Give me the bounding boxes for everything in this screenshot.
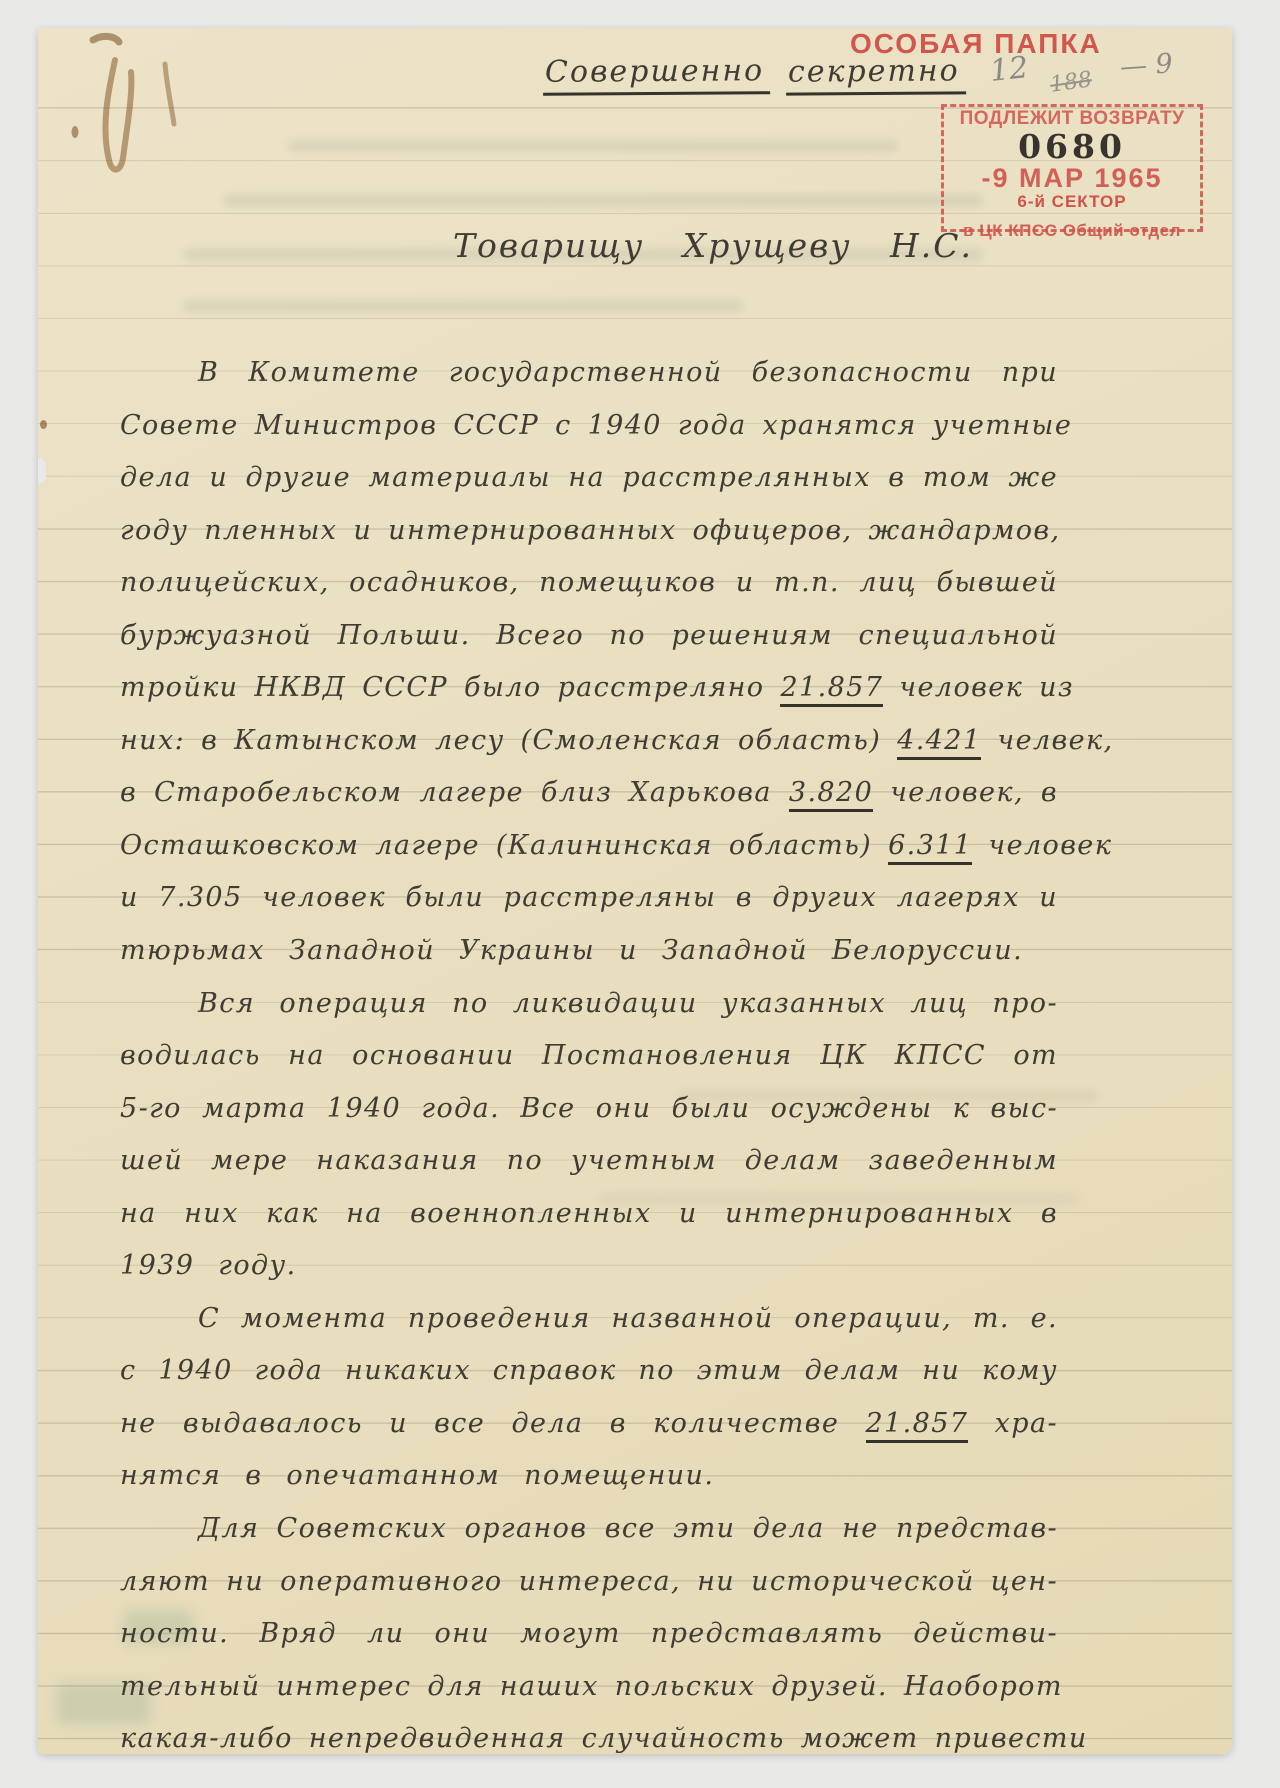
handwritten-text: Совете Министров СССР с 1940 года хранят… (120, 410, 1072, 441)
document-line: них: в Катынском лесу (Смоленская област… (120, 721, 1058, 774)
document-line: 5-го марта 1940 года. Все они были осужд… (120, 1089, 1058, 1142)
handwritten-text: человек из (883, 672, 1074, 703)
document-line: тельный интерес для наших польских друзе… (120, 1667, 1058, 1720)
handwritten-text: ности. Вряд ли они могут представлять де… (120, 1618, 1058, 1649)
handwritten-text: тройки НКВД СССР было расстреляно (120, 672, 780, 703)
document-line: ляют ни оперативного интереса, ни истори… (120, 1562, 1058, 1615)
classification-word: секретно (786, 53, 966, 95)
pencil-annotation: 12 (988, 50, 1030, 89)
bleedthrough-mark (183, 300, 743, 312)
document-line: водилась на основании Постановления ЦК К… (120, 1036, 1058, 1089)
handwritten-text: Для Советских органов все эти дела не пр… (198, 1513, 1058, 1544)
scanned-document: ОСОБАЯ ПАПКА ПОДЛЕЖИТ ВОЗВРАТУ 0680 -9 М… (0, 0, 1280, 1788)
underlined-number: 21.857 (780, 672, 883, 707)
handwritten-text: и 7.305 человек были расстреляны в други… (120, 882, 1058, 913)
paper-sheet: ОСОБАЯ ПАПКА ПОДЛЕЖИТ ВОЗВРАТУ 0680 -9 М… (38, 28, 1232, 1754)
department-stamp: в ЦК КПСС Общий отдел (944, 221, 1200, 241)
classification-word: Совершенно (543, 53, 770, 96)
handwritten-text: не выдавалось и все дела в количестве (120, 1408, 866, 1439)
registration-number-stamp: 0680 (944, 130, 1200, 164)
handwritten-text: 5-го марта 1940 года. Все они были осужд… (120, 1093, 1058, 1124)
document-line: полицейских, осадников, помещиков и т.п.… (120, 563, 1058, 616)
document-line: Осташковском лагере (Калининская область… (120, 826, 1058, 879)
document-line: С момента проведения названной операции,… (120, 1299, 1058, 1352)
date-stamp: -9 МАР 1965 (944, 164, 1200, 192)
return-stamp-box: ПОДЛЕЖИТ ВОЗВРАТУ 0680 -9 МАР 1965 6-й С… (941, 104, 1203, 232)
document-line: тюрьмах Западной Украины и Западной Бело… (120, 931, 1058, 984)
handwritten-text: челвек, (981, 725, 1113, 756)
document-line: Для Советских органов все эти дела не пр… (120, 1509, 1058, 1562)
document-line: шей мере наказания по учетным делам заве… (120, 1141, 1058, 1194)
document-line: Совете Министров СССР с 1940 года хранят… (120, 406, 1058, 459)
document-line: тройки НКВД СССР было расстреляно 21.857… (120, 668, 1058, 721)
document-line: какая-либо непредвиденная случайность мо… (120, 1719, 1058, 1754)
handwritten-text: буржуазной Польши. Всего по решениям спе… (120, 620, 1058, 651)
document-line: не выдавалось и все дела в количестве 21… (120, 1404, 1058, 1457)
document-body: В Комитете государственной безопасности … (120, 353, 1058, 1754)
handwritten-text: водилась на основании Постановления ЦК К… (120, 1040, 1058, 1071)
document-line: и 7.305 человек были расстреляны в други… (120, 878, 1058, 931)
handwritten-text: тельный интерес для наших польских друзе… (120, 1671, 1063, 1702)
bleedthrough-mark (223, 194, 983, 207)
handwritten-text: году пленных и интернированных офицеров,… (120, 515, 1061, 546)
pencil-annotation-struck: 188 (1048, 67, 1093, 98)
handwritten-text: Вся операция по ликвидации указанных лиц… (198, 988, 1058, 1019)
handwritten-text: какая-либо непредвиденная случайность мо… (120, 1723, 1088, 1754)
return-stamp-title: ПОДЛЕЖИТ ВОЗВРАТУ (944, 108, 1200, 130)
handwritten-text: полицейских, осадников, помещиков и т.п.… (120, 567, 1058, 598)
document-line: 1939 году. (120, 1246, 1058, 1299)
handwritten-text: человек (972, 830, 1112, 861)
paper-edge-notch (38, 458, 46, 484)
document-line: дела и другие материалы на расстрелянных… (120, 458, 1058, 511)
document-line: буржуазной Польши. Всего по решениям спе… (120, 616, 1058, 669)
handwritten-text: шей мере наказания по учетным делам заве… (120, 1145, 1058, 1176)
handwritten-text: ляют ни оперативного интереса, ни истори… (120, 1566, 1058, 1597)
handwritten-text: дела и другие материалы на расстрелянных… (120, 462, 1058, 493)
document-line: в Старобельском лагере близ Харькова 3.8… (120, 773, 1058, 826)
document-line: нятся в опечатанном помещении. (120, 1456, 1058, 1509)
handwritten-text: в Старобельском лагере близ Харькова (120, 777, 789, 808)
document-line: ности. Вряд ли они могут представлять де… (120, 1614, 1058, 1667)
handwritten-text: с 1940 года никаких справок по этим дела… (120, 1355, 1058, 1386)
underlined-number: 3.820 (789, 777, 873, 812)
underlined-number: 21.857 (866, 1408, 969, 1443)
handwritten-text: нятся в опечатанном помещении. (120, 1460, 714, 1491)
document-line: году пленных и интернированных офицеров,… (120, 511, 1058, 564)
handwritten-text: С момента проведения названной операции,… (198, 1303, 1058, 1334)
handwritten-text: В Комитете государственной безопасности … (198, 357, 1058, 388)
handwritten-text: тюрьмах Западной Украины и Западной Бело… (120, 935, 1023, 966)
document-line: В Комитете государственной безопасности … (120, 353, 1058, 406)
handwritten-text: них: в Катынском лесу (Смоленская област… (120, 725, 897, 756)
handwritten-text: человек, в (873, 777, 1058, 808)
underlined-number: 4.421 (897, 725, 981, 760)
pencil-annotation: — 9 (1119, 48, 1174, 83)
classification-line: Совершенносекретно (543, 54, 982, 95)
bleedthrough-mark (288, 140, 898, 152)
document-line: с 1940 года никаких справок по этим дела… (120, 1351, 1058, 1404)
handwritten-text: Осташковском лагере (Калининская область… (120, 830, 888, 861)
handwritten-text: 1939 году. (120, 1250, 297, 1281)
document-line: на них как на военнопленных и интерниров… (120, 1194, 1058, 1247)
handwritten-text: на них как на военнопленных и интерниров… (120, 1198, 1058, 1229)
handwritten-text: хра- (968, 1408, 1058, 1439)
addressee-line: Товарищу Хрущеву Н.С. (453, 226, 973, 265)
document-line: Вся операция по ликвидации указанных лиц… (120, 984, 1058, 1037)
ink-speck (40, 420, 47, 429)
underlined-number: 6.311 (888, 830, 972, 865)
sector-stamp: 6-й СЕКТОР (944, 192, 1200, 212)
